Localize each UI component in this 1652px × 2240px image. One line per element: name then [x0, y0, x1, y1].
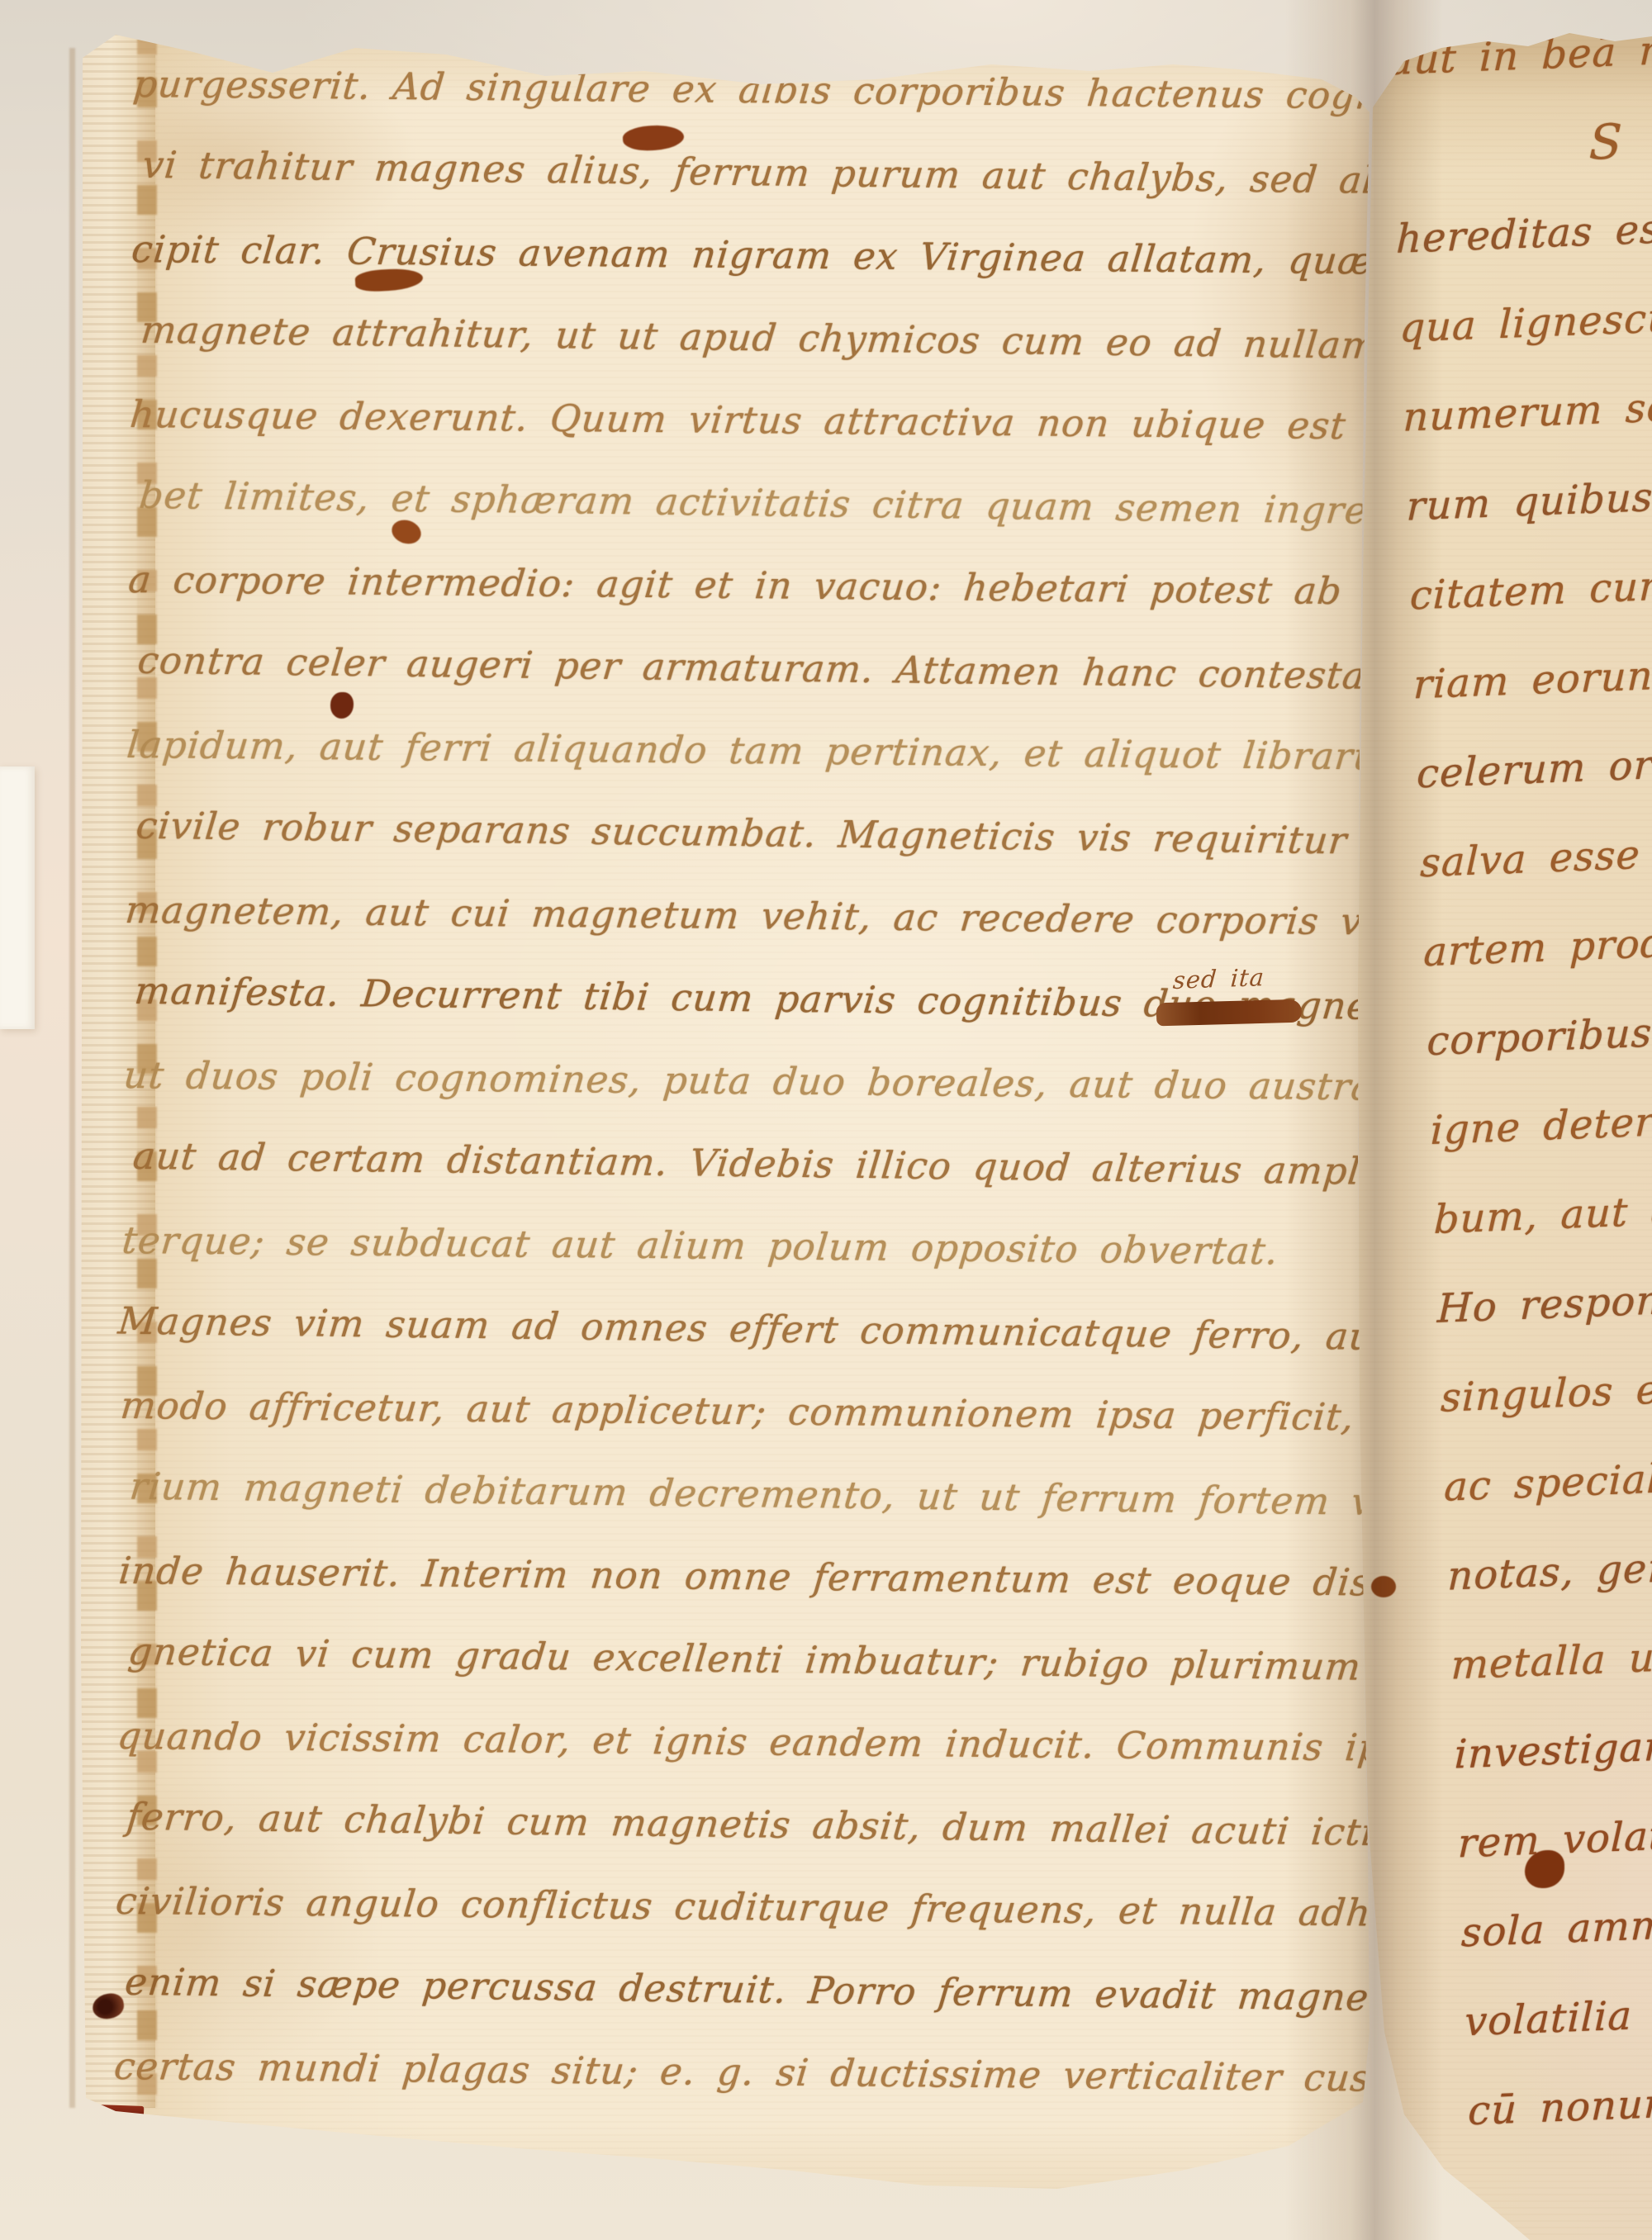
- manuscript-line: magnete attrahitur, ut ut apud chymicos …: [127, 289, 1390, 387]
- manuscript-line: salva esse mundo: [1419, 805, 1652, 909]
- manuscript-line: citatem cum ve: [1408, 538, 1652, 641]
- manuscript-line: qua lignescunt.: [1398, 270, 1652, 373]
- manuscript-line: cipit clar. Crusius avenam nigram ex Vir…: [128, 208, 1392, 303]
- manuscript-line: bet limites, et sphæram activitatis citr…: [126, 454, 1389, 553]
- manuscript-line: aut ad certam distantiam. Videbis illico…: [119, 1115, 1382, 1213]
- manuscript-line: certas mundi plagas situ; e. g. si ducti…: [111, 2025, 1374, 2120]
- manuscript-line: volatilia ad igne ved: [1464, 1964, 1652, 2067]
- left-page-text: purgesserit. Ad singulare ex albis corpo…: [114, 43, 1389, 2119]
- manuscript-line: Magnes vim suam ad omnes effert communic…: [104, 1279, 1380, 1378]
- manuscript-line: vi trahitur magnes alius, ferrum purum a…: [129, 124, 1392, 222]
- manuscript-line: civilioris angulo conflictus cuditurque …: [112, 1860, 1376, 1955]
- manuscript-line: corporibus cælus dico: [1426, 983, 1652, 1086]
- manuscript-line: metalla usque ade: [1450, 1607, 1652, 1711]
- manuscript-line: singulos esse inge: [1440, 1340, 1652, 1443]
- manuscript-line: bum, aut alterius: [1432, 1161, 1652, 1265]
- manuscript-line: rium magneti debitarum decremento, ut ut…: [116, 1445, 1379, 1544]
- manuscript-line: ferro, aut chalybi cum magnetis absit, d…: [113, 1776, 1376, 1874]
- manuscript-line: aut in beā me: [1388, 2, 1652, 106]
- manuscript-line: modo affricetur, aut applicetur; communi…: [116, 1364, 1380, 1459]
- cover-board-edge: [69, 48, 75, 2108]
- cover-corner-mark: [67, 19, 113, 44]
- manuscript-line: igne deterri vale: [1429, 1072, 1652, 1175]
- manuscript-line: gnetica vi cum gradu excellenti imbuatur…: [115, 1611, 1378, 1709]
- manuscript-line: hereditas est cui fo: [1395, 181, 1652, 284]
- manuscript-line: quando vicissim calor, et ignis eandem i…: [113, 1695, 1377, 1790]
- manuscript-line: investigari potuerint: [1453, 1697, 1652, 1800]
- manuscript-line: S: [1392, 92, 1652, 195]
- manuscript-line: notas, generabili: [1446, 1518, 1652, 1621]
- manuscript-line: inde hauserit. Interim non omne ferramen…: [115, 1530, 1379, 1625]
- manuscript-line: artem produxi :: [1422, 895, 1652, 998]
- manuscript-line: purgesserit. Ad singulare ex albis corpo…: [130, 43, 1393, 138]
- manuscript-line: ut duos poli cognomines, puta duo boreal…: [120, 1034, 1384, 1129]
- manuscript-line: ac specialem : ce: [1443, 1429, 1652, 1532]
- shelf-tag: [0, 766, 35, 1029]
- manuscript-line: a corpore intermedio: agit et in vacuo: …: [125, 539, 1389, 634]
- strikethrough-blot: [1156, 999, 1303, 1027]
- manuscript-line: magnetem, aut cui magnetum vehit, ac rec…: [121, 869, 1385, 964]
- manuscript-line: rum quibus pa: [1405, 448, 1652, 552]
- manuscript-line: lapidum, aut ferri aliquando tam pertina…: [123, 704, 1387, 799]
- ink-blot: [1371, 1576, 1396, 1597]
- manuscript-line: enim si sæpe percussa destruit. Porro fe…: [112, 1941, 1374, 2039]
- manuscript-line: numerum sex a: [1402, 359, 1652, 463]
- manuscript-line: celerum origo : c: [1416, 716, 1652, 819]
- right-page-text: aut in beā meShereditas est cui foqua li…: [1388, 2, 1652, 2156]
- manuscript-line: terque; se subducat aut alium polum oppo…: [118, 1199, 1382, 1294]
- manuscript-line: Ho responderi posse: [1436, 1251, 1652, 1354]
- cover-edge-mark: [53, 2103, 145, 2124]
- manuscript-line: hucusque dexerunt. Quum virtus attractiv…: [126, 373, 1390, 468]
- manuscript-line: cū nonum metallis: [1467, 2053, 1652, 2157]
- manuscript-line: riam eorundem: [1412, 627, 1652, 730]
- manuscript-line: sola ammoniaco id: [1460, 1875, 1652, 1978]
- manuscript-line: contra celer augeri per armaturam. Attam…: [124, 619, 1387, 718]
- manuscript-line: civile robur separans succumbat. Magneti…: [122, 785, 1385, 883]
- manuscript-photo: purgesserit. Ad singulare ex albis corpo…: [0, 0, 1652, 2240]
- inline-note: sed ita: [1172, 963, 1265, 994]
- manuscript-line: manifesta. Decurrent tibi cum parvis cog…: [121, 950, 1384, 1048]
